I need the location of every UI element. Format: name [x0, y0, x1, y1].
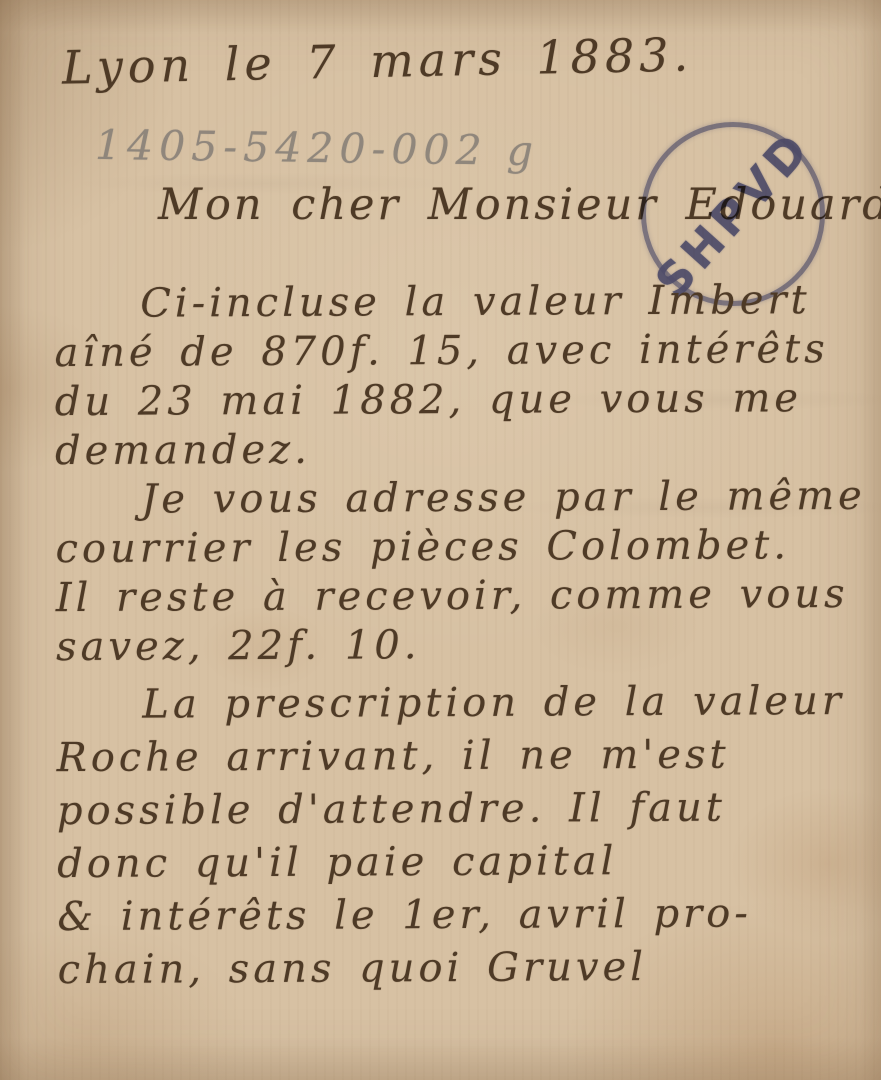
letter-line: Ci-incluse la valeur Imbert [54, 276, 860, 329]
dateline: Lyon le 7 mars 1883. [62, 27, 694, 94]
letter-line: Il reste à recevoir, comme vous [56, 570, 862, 623]
letter-line: & intérêts le 1er, avril pro- [57, 887, 863, 944]
letter-line: savez, 22f. 10. [56, 619, 862, 672]
letter-body: Ci-incluse la valeur Imbert aîné de 870f… [54, 276, 864, 997]
paragraph-2: Je vous adresse par le même courrier les… [55, 472, 862, 672]
paragraph-1: Ci-incluse la valeur Imbert aîné de 870f… [54, 276, 861, 476]
letter-line: Je vous adresse par le même [55, 472, 861, 525]
letter-page: Lyon le 7 mars 1883. 1405-5420-002 g Mon… [0, 0, 881, 1080]
letter-line: Roche arrivant, il ne m'est [56, 728, 862, 785]
letter-line: courrier les pièces Colombet. [55, 521, 861, 574]
letter-line: donc qu'il paie capital [57, 834, 863, 891]
paragraph-3: La prescription de la valeur Roche arriv… [56, 675, 864, 997]
letter-line: chain, sans quoi Gruvel [58, 940, 864, 997]
letter-line: demandez. [55, 423, 861, 476]
archive-reference-number: 1405-5420-002 g [95, 121, 540, 175]
letter-line: La prescription de la valeur [56, 675, 862, 732]
letter-line: possible d'attendre. Il faut [57, 781, 863, 838]
letter-line: aîné de 870f. 15, avec intérêts [54, 325, 860, 378]
letter-line: du 23 mai 1882, que vous me [55, 374, 861, 427]
